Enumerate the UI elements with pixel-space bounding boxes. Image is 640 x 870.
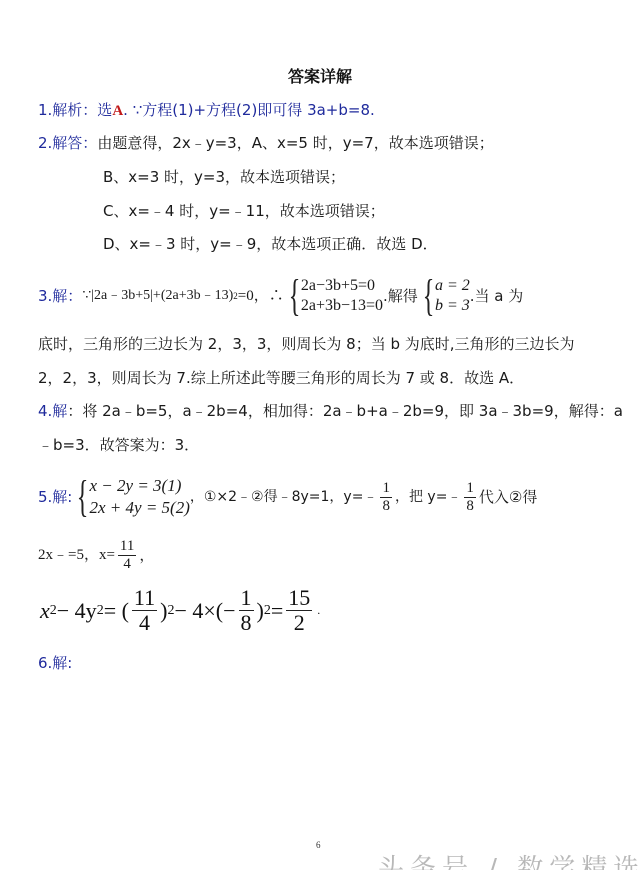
- answer-3-solution: { a = 2 b = 3: [418, 274, 470, 318]
- answer-5-step: ，①×2﹣②得﹣8y=1，y=﹣: [190, 487, 378, 507]
- answer-3-tail: .当 a 为: [470, 286, 524, 306]
- period: .: [317, 603, 320, 618]
- fraction-1-8: 1 8: [380, 480, 392, 515]
- numerator: 11: [118, 538, 136, 556]
- denominator: 8: [241, 611, 252, 635]
- answer-6-label: 6.解:: [38, 653, 72, 673]
- answer-5-label: 5.解:: [38, 487, 72, 507]
- answer-3-line-1: 3.解： ∵|2a﹣3b+5|+(2a+3b﹣13)2=0，∴ { 2a−3b+…: [38, 270, 523, 322]
- page-number: 6: [316, 840, 321, 850]
- left-brace-icon: {: [423, 274, 435, 318]
- denominator: 8: [466, 498, 474, 515]
- system-row-2: 2a+3b−13=0: [301, 296, 383, 316]
- answer-5-x-equation: 2x﹣=5，x=: [38, 545, 115, 565]
- left-brace-icon: {: [77, 475, 89, 519]
- answer-5-substitute: ，把 y=﹣: [395, 487, 461, 507]
- denominator: 4: [139, 611, 150, 635]
- answer-2-text: 由题意得，2x﹣y=3，A、x=5 时，y=7，故本选项错误；: [97, 134, 493, 152]
- answer-3-system: { 2a−3b+5=0 2a+3b−13=0: [284, 274, 383, 318]
- fraction-1-8: 1 8: [464, 480, 476, 515]
- answer-4-text: ：将 2a﹣b=5，a﹣2b=4，相加得：2a﹣b+a﹣2b=9，即 3a﹣3b…: [67, 402, 623, 420]
- var-x: x: [40, 598, 50, 624]
- comma: ，: [139, 545, 154, 565]
- numerator: 1: [239, 586, 254, 611]
- fraction-11-4: 11 4: [118, 538, 136, 573]
- solve-label: .解得: [383, 286, 418, 306]
- system-row-1: x − 2y = 3(1): [90, 475, 190, 497]
- fraction-11-4: 11 4: [132, 586, 157, 635]
- answer-1-choice: A: [112, 103, 123, 119]
- page-title: 答案详解: [0, 64, 640, 87]
- solution-b: b = 3: [435, 296, 470, 316]
- answer-3-line-2: 底时，三角形的三边长为 2，3，3，则周长为 8；当 b 为底时,三角形的三边长…: [38, 334, 575, 354]
- paren: ): [160, 598, 167, 624]
- term: − 4y: [57, 598, 97, 624]
- answer-5-line-1: 5.解: { x − 2y = 3(1) 2x + 4y = 5(2) ，①×2…: [38, 470, 537, 524]
- answer-3-line-3: 2，2，3，则周长为 7.综上所述此等腰三角形的周长为 7 或 8．故选 A．: [38, 368, 524, 388]
- answer-4-line-2: ﹣b=3．故答案为：3．: [38, 435, 199, 455]
- numerator: 11: [132, 586, 157, 611]
- answer-2-line-1: 2.解答：由题意得，2x﹣y=3，A、x=5 时，y=7，故本选项错误；: [38, 133, 494, 153]
- answer-3-equation: ∵|2a﹣3b+5|+(2a+3b﹣13): [82, 286, 233, 306]
- fraction-1-8: 1 8: [239, 586, 254, 635]
- answer-2-line-3: C、x=﹣4 时，y=﹣11，故本选项错误；: [103, 201, 385, 221]
- numerator: 15: [286, 586, 312, 611]
- superscript: 2: [97, 603, 104, 619]
- left-brace-icon: {: [288, 274, 300, 318]
- answer-5-line-2: 2x﹣=5，x= 11 4 ，: [38, 536, 154, 574]
- paren: ): [257, 598, 264, 624]
- answer-1-label: 1.解析：选: [38, 101, 112, 119]
- numerator: 1: [464, 480, 476, 498]
- numerator: 1: [380, 480, 392, 498]
- answer-5-system: { x − 2y = 3(1) 2x + 4y = 5(2): [72, 475, 189, 519]
- answer-1-text: . ∵方程(1)+方程(2)即可得 3a+b=8.: [123, 101, 375, 119]
- system-row-2: 2x + 4y = 5(2): [90, 497, 190, 519]
- answer-2-line-2: B、x=3 时，y=3，故本选项错误；: [103, 167, 345, 187]
- answer-3-therefore: =0，∴: [238, 286, 284, 306]
- fraction-15-2: 15 2: [286, 586, 312, 635]
- denominator: 8: [382, 498, 390, 515]
- watermark: 头条号 / 数学精选: [378, 852, 640, 870]
- answer-4-label: 4.解: [38, 402, 67, 420]
- solution-a: a = 2: [435, 276, 470, 296]
- denominator: 2: [294, 611, 305, 635]
- superscript: 2: [167, 603, 174, 619]
- equals-paren: = (: [104, 598, 129, 624]
- answer-2-label: 2.解答：: [38, 134, 97, 152]
- answer-2-line-4: D、x=﹣3 时，y=﹣9，故本选项正确．故选 D．: [103, 234, 438, 254]
- answer-5-substitute-tail: 代入②得: [479, 487, 537, 507]
- answer-3-label: 3.解：: [38, 286, 82, 306]
- superscript: 2: [264, 603, 271, 619]
- superscript: 2: [50, 603, 57, 619]
- term: − 4×(−: [174, 598, 235, 624]
- answer-1: 1.解析：选A. ∵方程(1)+方程(2)即可得 3a+b=8.: [38, 100, 375, 121]
- equals: =: [271, 598, 283, 624]
- denominator: 4: [123, 556, 131, 573]
- answer-4-line-1: 4.解：将 2a﹣b=5，a﹣2b=4，相加得：2a﹣b+a﹣2b=9，即 3a…: [38, 401, 623, 421]
- answer-5-final-expression: x2 − 4y2 = ( 11 4 )2 − 4×(− 1 8 )2 = 15 …: [40, 586, 320, 635]
- answer-page: 答案详解 1.解析：选A. ∵方程(1)+方程(2)即可得 3a+b=8. 2.…: [0, 0, 640, 870]
- system-row-1: 2a−3b+5=0: [301, 276, 383, 296]
